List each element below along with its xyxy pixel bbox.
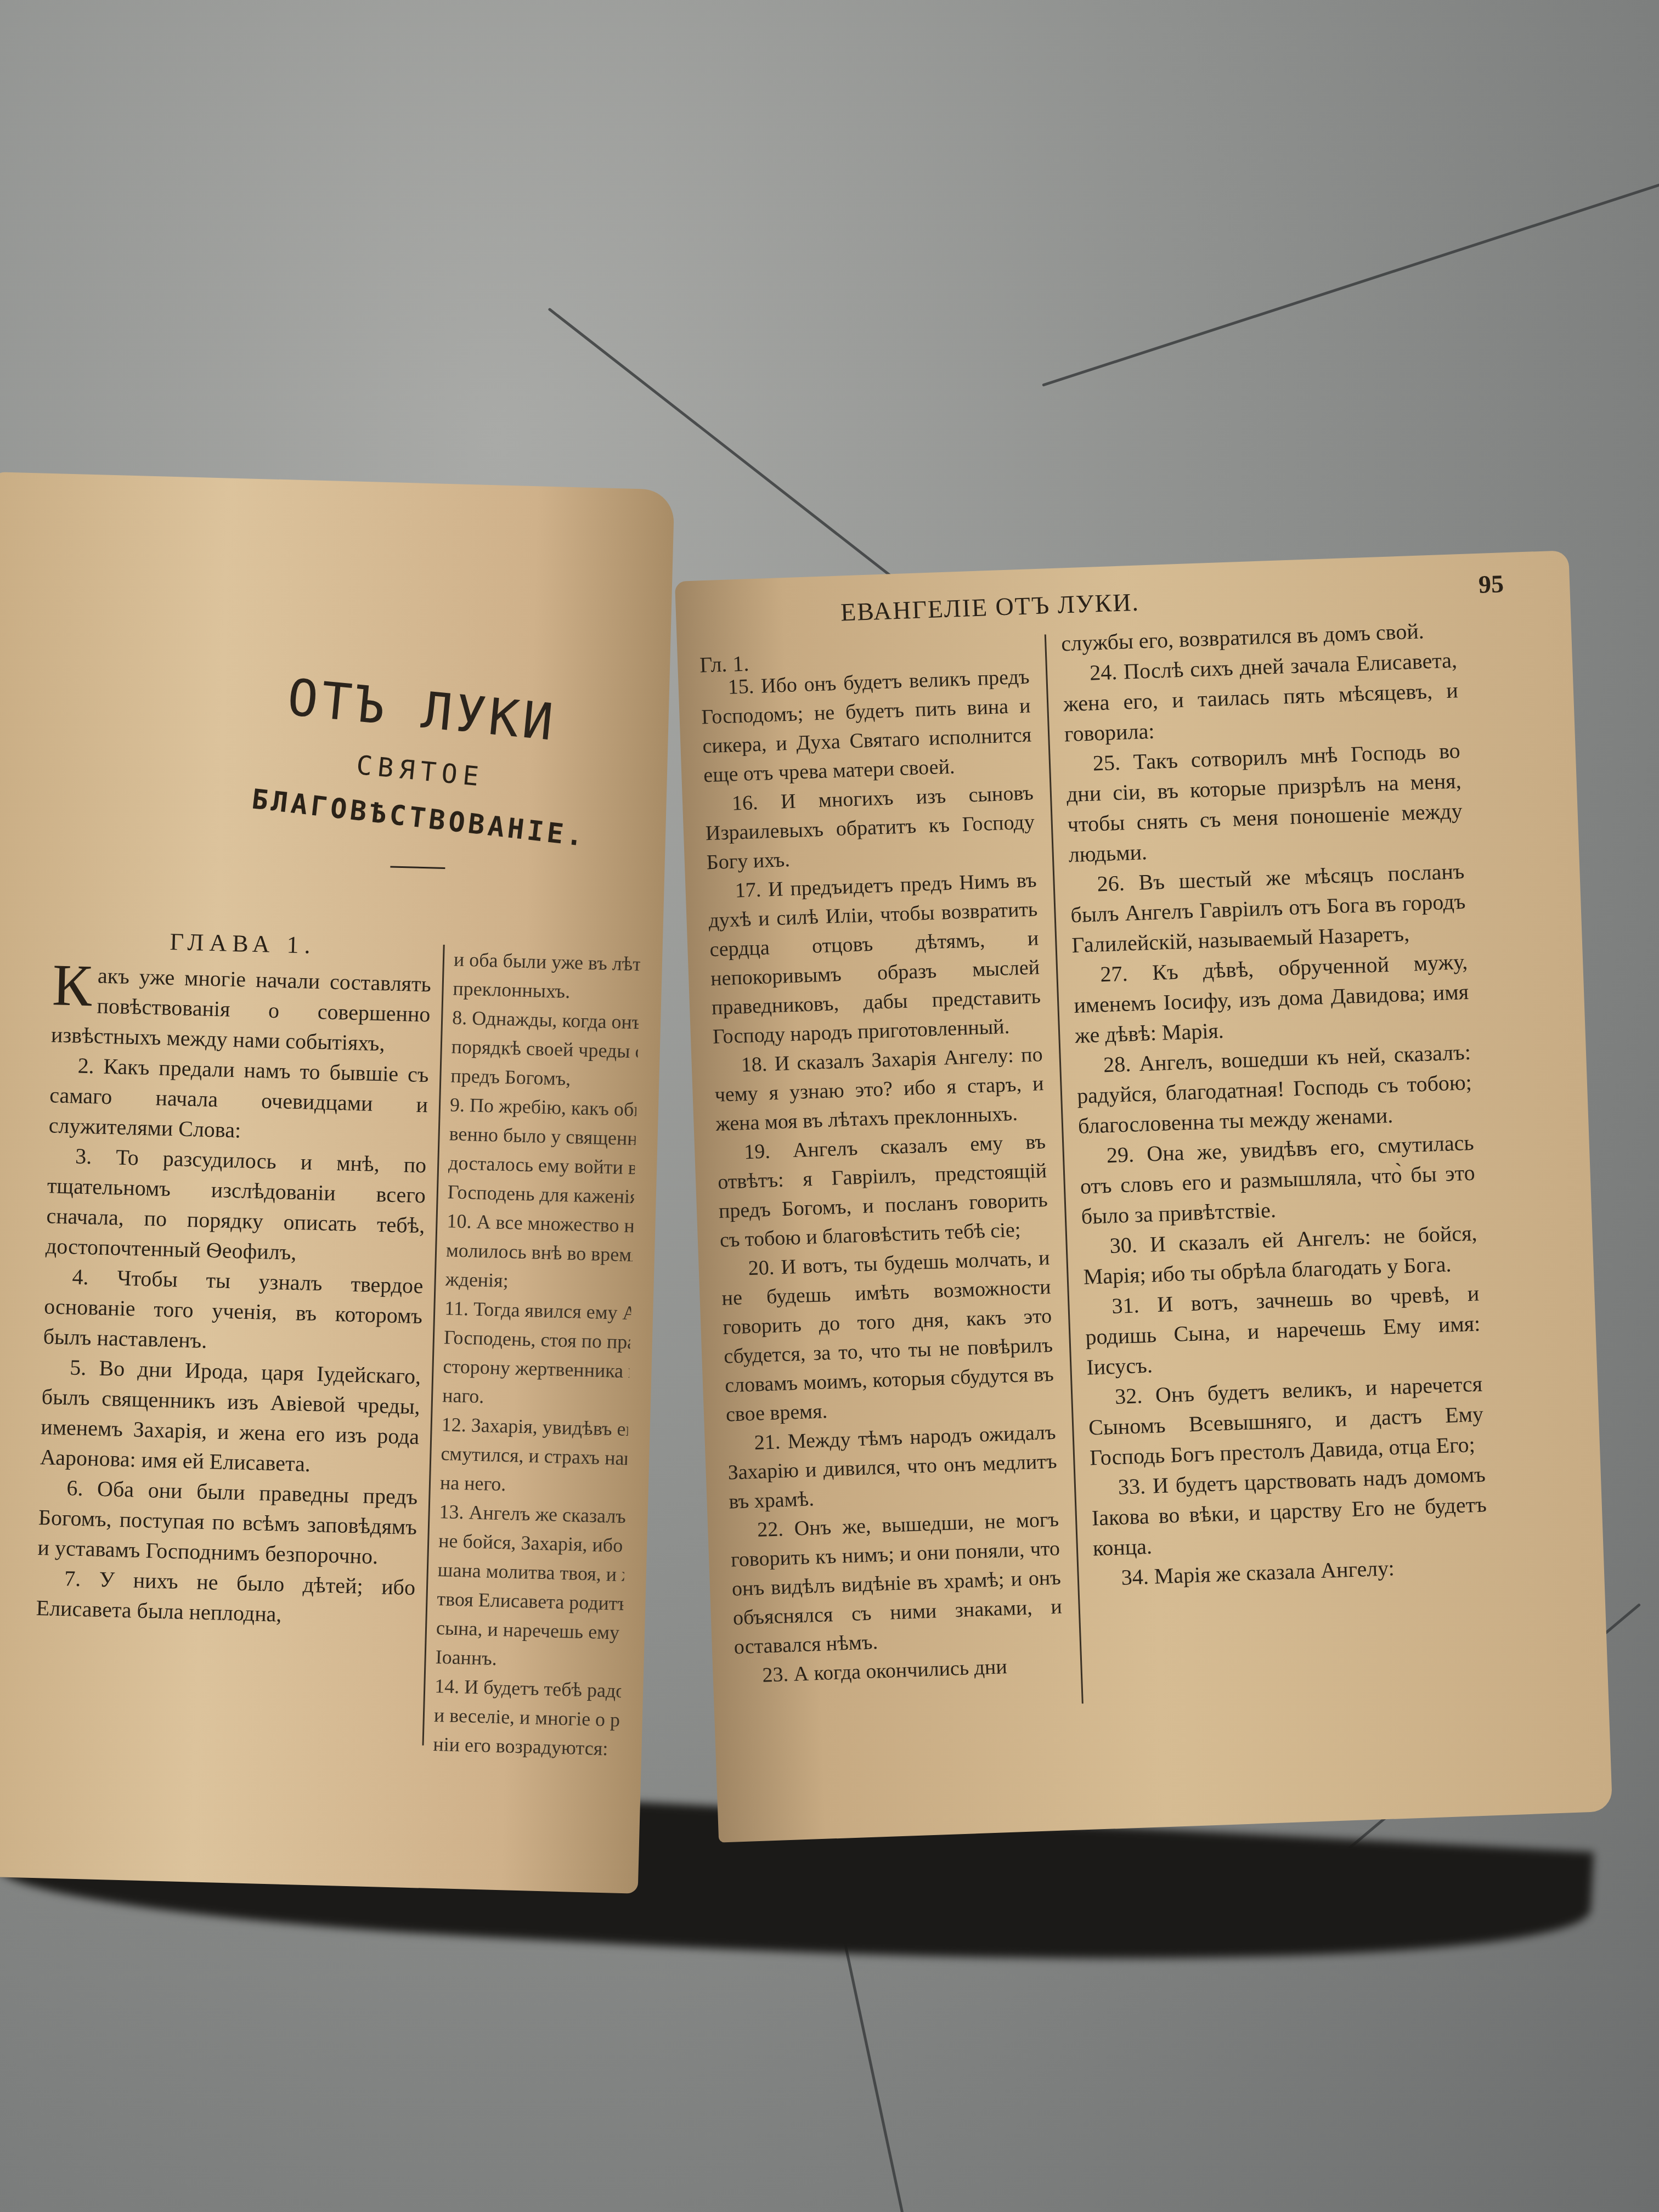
title-divider (390, 866, 445, 869)
verse: 17. И предъидетъ предъ Нимъ въ духѣ и си… (707, 866, 1042, 1052)
text-line: досталось ему войти въ храмъ (448, 1148, 635, 1182)
verse: 24. Послѣ сихъ дней зачала Елисавета, же… (1062, 645, 1459, 749)
page-number: 95 (1478, 569, 1504, 599)
verse: 5. Во дни Ирода, царя Iудейскаго, былъ с… (39, 1351, 421, 1482)
title-block: ОТЪ ЛУКИ СВЯТОЕ БЛАГОВѢСТВОВАНIЕ. (209, 675, 631, 874)
text-line: 8. Однажды, когда онъ по (452, 1003, 639, 1037)
left-column-b: и оба были уже въ лѣтахъ преклонныхъ. 8.… (433, 945, 641, 1763)
verse: 25. Такъ сотворилъ мнѣ Господь во дни сi… (1065, 735, 1464, 870)
verse: 22. Онъ же, вышедши, не могъ говорить къ… (730, 1505, 1064, 1662)
verse: 18. И сказалъ Захарiя Ангелу: по чему я … (713, 1040, 1045, 1139)
text-line: 10. А все множество народа (447, 1206, 634, 1240)
verse: 33. И будетъ царствовать надъ домомъ Iак… (1090, 1459, 1488, 1563)
text-line: сторону жертвенника кадиль- (443, 1352, 630, 1386)
right-column-b: службы его, возвратился въ домъ свой. 24… (1060, 614, 1489, 1593)
text-line: нiи его возрадуются: (433, 1730, 620, 1764)
text-line: 13. Ангелъ же сказалъ ему: (439, 1497, 626, 1531)
verse: 31. И вотъ, зачнешь во чревѣ, и родишь С… (1084, 1278, 1482, 1383)
verse: 16. И многихъ изъ сыновъ Израилевыхъ обр… (704, 778, 1036, 877)
left-column-a: ГЛАВА 1. Какъ уже многiе начали составля… (36, 923, 432, 1633)
text-line: 11. Тогда явился ему Ангелъ (444, 1294, 631, 1328)
verse: 20. И вотъ, ты будешь молчать, и не буде… (720, 1244, 1056, 1430)
drop-cap: К (52, 959, 93, 1013)
text-line: 9. По жребiю, какъ обыкно- (449, 1090, 636, 1124)
verse: 2. Какъ предали намъ то бывшiе съ самаго… (48, 1049, 429, 1150)
running-head: ЕВАНГЕЛIЕ ОТЪ ЛУКИ. (840, 587, 1140, 627)
floor-crack (1042, 180, 1659, 387)
verse: 29. Она же, увидѣвъ его, смутилась отъ с… (1079, 1127, 1476, 1232)
text-line: Господень, стоя по правую (443, 1323, 630, 1357)
text-line: преклонныхъ. (453, 974, 640, 1008)
verse: 28. Ангелъ, вошедши къ ней, сказалъ: рад… (1075, 1037, 1473, 1141)
verse: 15. Ибо онъ будетъ великъ предъ Господом… (700, 663, 1033, 791)
text-line: молилось внѣ во время ка- (445, 1235, 633, 1269)
text-line: наго. (442, 1381, 629, 1415)
left-page: ОТЪ ЛУКИ СВЯТОЕ БЛАГОВѢСТВОВАНIЕ. ГЛАВА … (0, 472, 675, 1894)
verse: 32. Онъ будетъ великъ, и наречется Сыном… (1087, 1369, 1485, 1473)
text-line: и веселiе, и многiе о рожде- (433, 1701, 620, 1735)
verse: 21. Между тѣмъ народъ ожидалъ Захарiю и … (726, 1418, 1058, 1517)
text-line: твоя Елисавета родитъ тебѣ (437, 1584, 624, 1618)
chapter-heading: ГЛАВА 1. (53, 923, 432, 963)
right-page: ЕВАНГЕЛIЕ ОТЪ ЛУКИ. 95 Гл. 1. 15. Ибо он… (675, 550, 1612, 1842)
verse: 4. Чтобы ты узналъ твердое основанiе тог… (43, 1261, 424, 1361)
text-line: порядкѣ своей чреды служилъ (451, 1032, 638, 1066)
verse: 19. Ангелъ сказалъ ему въ отвѣтъ: я Гавр… (716, 1127, 1049, 1255)
text-line: Iоаннъ. (435, 1643, 622, 1677)
text-line: смутился, и страхъ напалъ (441, 1439, 628, 1473)
text-line: и оба были уже въ лѣтахъ (453, 945, 640, 979)
right-column-a: 15. Ибо онъ будетъ великъ предъ Господом… (700, 663, 1064, 1691)
text-line: 14. И будетъ тебѣ радость (435, 1672, 622, 1706)
text-line: жденiя; (445, 1265, 632, 1299)
text-line: предъ Богомъ, (450, 1061, 637, 1095)
verse-1: Какъ уже многiе начали составлять повѣст… (50, 959, 431, 1059)
verse: 26. Въ шестый же мѣсяцъ посланъ былъ Анг… (1069, 856, 1467, 960)
text-line: 12. Захарiя, увидѣвъ его, (441, 1410, 628, 1444)
verse: 3. То разсудилось и мнѣ, по тщательномъ … (45, 1140, 427, 1271)
verse: 7. У нихъ не было дѣтей; ибо Елисавета б… (36, 1562, 416, 1633)
text-line: на него. (439, 1468, 627, 1502)
text-line: сына, и наречешь ему имя: (436, 1613, 623, 1647)
verse: 6. Оба они были праведны предъ Богомъ, п… (37, 1472, 418, 1572)
verse: 27. Къ дѣвѣ, обрученной мужу, именемъ Iо… (1073, 946, 1470, 1051)
text-line: Господень для каженiя, (447, 1177, 634, 1211)
text-line: венно было у священниковъ, (449, 1119, 636, 1153)
text-line: шана молитва твоя, и жена (437, 1555, 624, 1589)
text-line: не бойся, Захарiя, ибо услы- (438, 1526, 625, 1560)
